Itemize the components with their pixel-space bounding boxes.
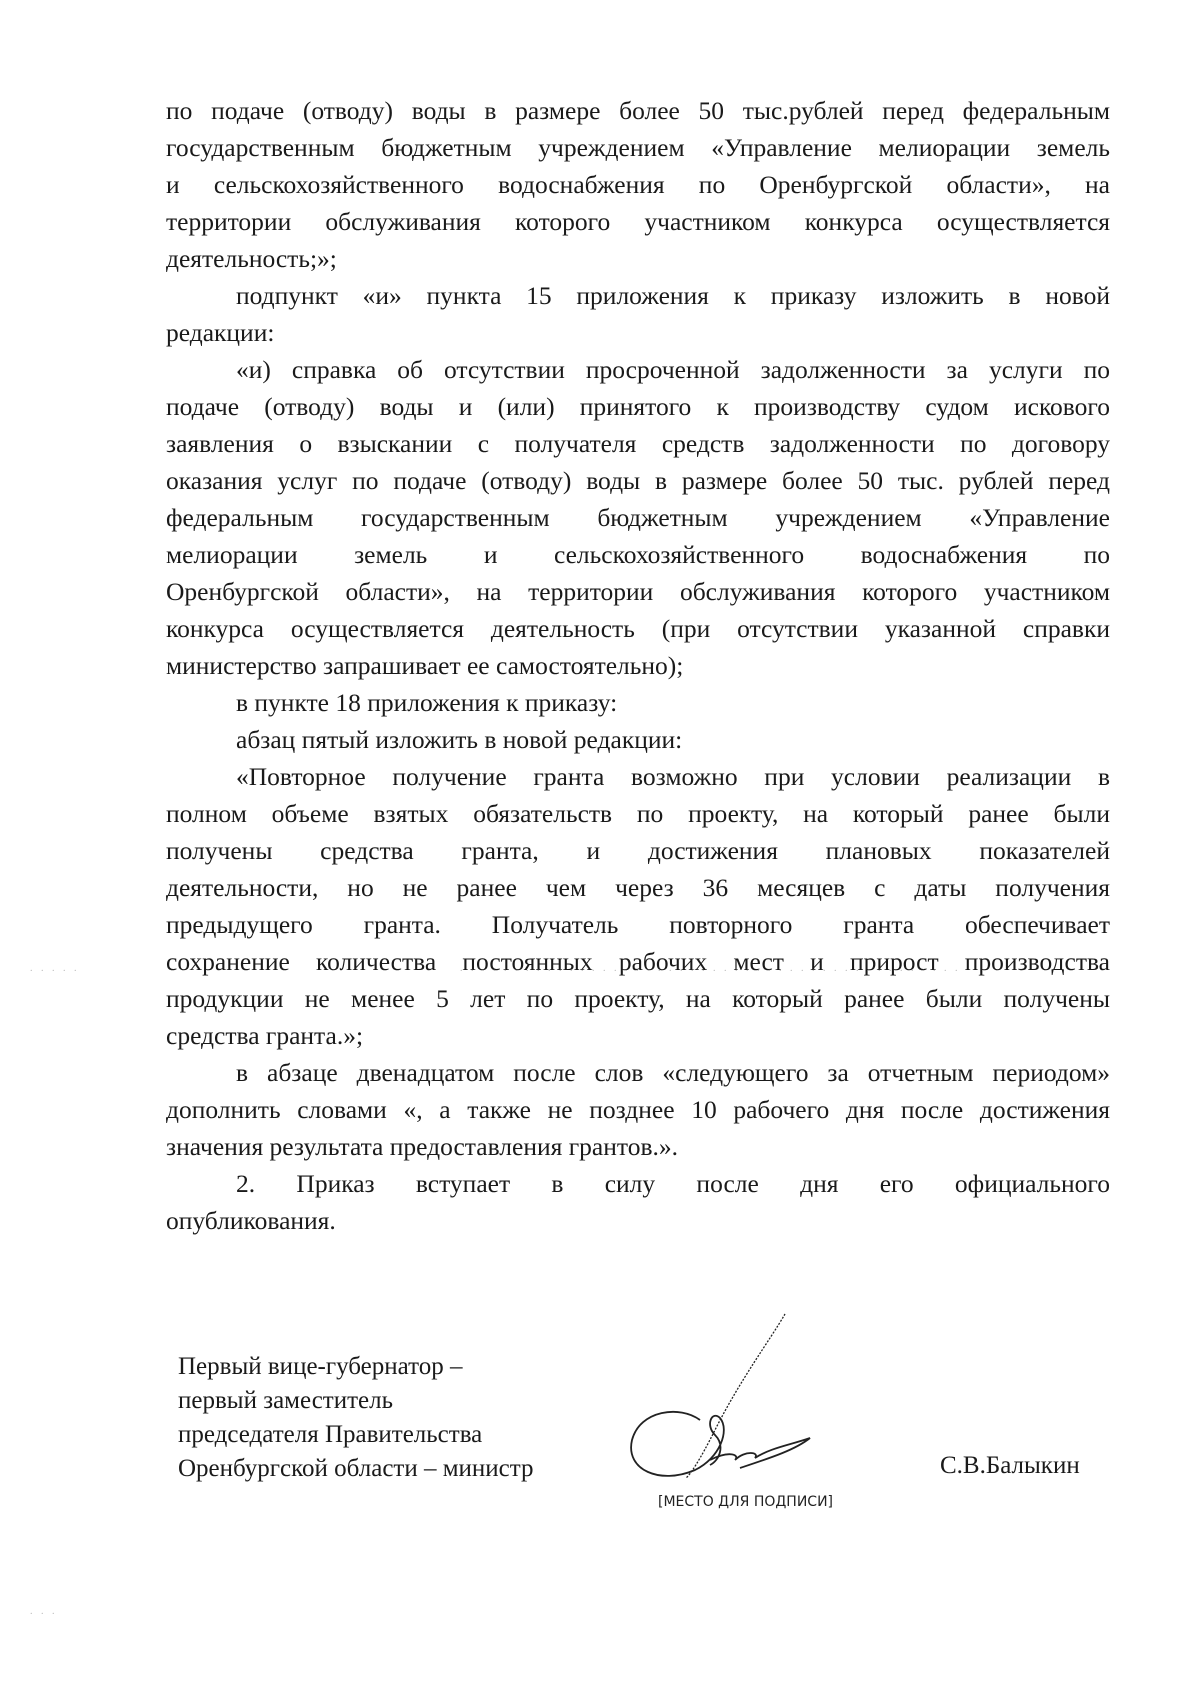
text-line: полном объеме взятых обязательств по про…	[166, 795, 1110, 832]
text-line: средства гранта.»;	[166, 1017, 1110, 1054]
text-line: значения результата предоставления грант…	[166, 1128, 1110, 1165]
text-line: территории обслуживания которого участни…	[166, 203, 1110, 240]
paragraph: по подаче (отводу) воды в размере более …	[166, 92, 1110, 277]
signature-placeholder: [МЕСТО ДЛЯ ПОДПИСИ]	[658, 1494, 833, 1510]
text-line: в абзаце двенадцатом после слов «следующ…	[166, 1054, 1110, 1091]
paragraph: в пункте 18 приложения к приказу:	[166, 684, 1110, 721]
text-line: по подаче (отводу) воды в размере более …	[166, 92, 1110, 129]
text-line: предыдущего гранта. Получатель повторног…	[166, 906, 1110, 943]
text-line: деятельности, но не ранее чем через 36 м…	[166, 869, 1110, 906]
text-line: государственным бюджетным учреждением «У…	[166, 129, 1110, 166]
text-line: дополнить словами «, а также не позднее …	[166, 1091, 1110, 1128]
position-line: Оренбургской области – министр	[178, 1452, 534, 1486]
text-line: федеральным государственным бюджетным уч…	[166, 499, 1110, 536]
text-line: и сельскохозяйственного водоснабжения по…	[166, 166, 1110, 203]
text-line: опубликования.	[166, 1202, 1110, 1239]
text-line: подаче (отводу) воды и (или) принятого к…	[166, 388, 1110, 425]
text-line: «и) справка об отсутствии просроченной з…	[166, 351, 1110, 388]
document-body: по подаче (отводу) воды в размере более …	[166, 92, 1110, 1239]
text-line: министерство запрашивает ее самостоятель…	[166, 647, 1110, 684]
scan-artifact: . . .	[30, 1606, 58, 1617]
text-line: в пункте 18 приложения к приказу:	[166, 684, 1110, 721]
text-line: деятельность;»;	[166, 240, 1110, 277]
position-line: председателя Правительства	[178, 1418, 534, 1452]
text-line: заявления о взыскании с получателя средс…	[166, 425, 1110, 462]
signatory-position: Первый вице-губернатор – первый заместит…	[178, 1350, 534, 1486]
text-line: продукции не менее 5 лет по проекту, на …	[166, 980, 1110, 1017]
text-line: оказания услуг по подаче (отводу) воды в…	[166, 462, 1110, 499]
paragraph: 2. Приказ вступает в силу после дня его …	[166, 1165, 1110, 1239]
text-line: абзац пятый изложить в новой редакции:	[166, 721, 1110, 758]
scan-artifact: . . . . .	[30, 963, 80, 974]
document-page: по подаче (отводу) воды в размере более …	[0, 0, 1200, 1698]
text-line: «Повторное получение гранта возможно при…	[166, 758, 1110, 795]
position-line: первый заместитель	[178, 1384, 534, 1418]
text-line: редакции:	[166, 314, 1110, 351]
paragraph: «Повторное получение гранта возможно при…	[166, 758, 1110, 1054]
text-line: сохранение количества постоянных рабочих…	[166, 943, 1110, 980]
paragraph: абзац пятый изложить в новой редакции:	[166, 721, 1110, 758]
text-line: 2. Приказ вступает в силу после дня его …	[166, 1165, 1110, 1202]
handwritten-signature-icon	[620, 1310, 840, 1500]
signatory-name: С.В.Балыкин	[940, 1452, 1080, 1480]
text-line: получены средства гранта, и достижения п…	[166, 832, 1110, 869]
paragraph: «и) справка об отсутствии просроченной з…	[166, 351, 1110, 684]
text-line: Оренбургской области», на территории обс…	[166, 573, 1110, 610]
text-line: конкурса осуществляется деятельность (пр…	[166, 610, 1110, 647]
paragraph: подпункт «и» пункта 15 приложения к прик…	[166, 277, 1110, 351]
text-line: подпункт «и» пункта 15 приложения к прик…	[166, 277, 1110, 314]
paragraph: в абзаце двенадцатом после слов «следующ…	[166, 1054, 1110, 1165]
position-line: Первый вице-губернатор –	[178, 1350, 534, 1384]
text-line: мелиорации земель и сельскохозяйственног…	[166, 536, 1110, 573]
scan-artifact: . . . . . . . . . . . . . . . . . . . . …	[460, 963, 961, 974]
